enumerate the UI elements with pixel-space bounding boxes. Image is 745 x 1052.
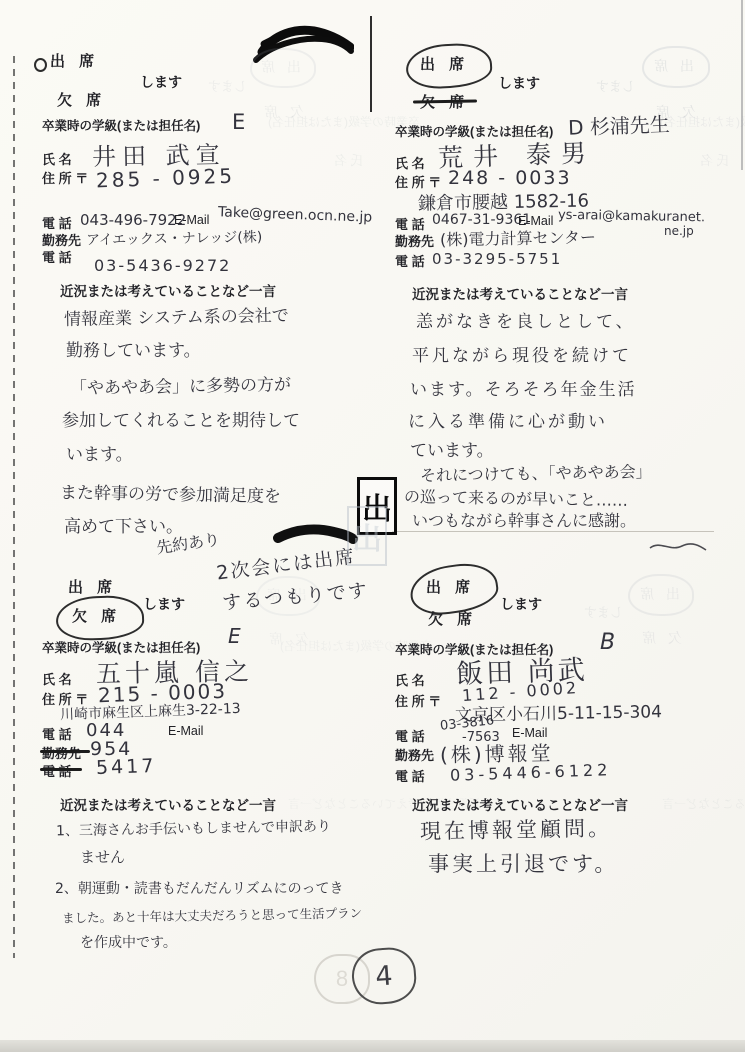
form3-absent-label: 欠 席: [72, 605, 121, 626]
ghost-comment-label: 近況または考えていることなど一言: [662, 795, 745, 812]
fold-line: [370, 16, 372, 112]
form4-phone-label: 電 話: [395, 726, 425, 745]
form2-workphone-label: 電 話: [395, 251, 425, 270]
form2-employer-value: (株)電力計算センター: [440, 225, 596, 251]
form4-comment-label: 近況または考えていることなど一言: [412, 794, 628, 814]
form4-address-label: 住 所 〒: [395, 691, 441, 710]
form4-shimasu-label: します: [500, 594, 542, 614]
form1-comment-line: 情報産業 システム系の会社で: [64, 301, 289, 330]
form1-comment-line: います。: [66, 440, 133, 465]
form4-attend-label: 出 席: [426, 576, 475, 597]
ghost-shimasu-text: します: [208, 76, 247, 95]
form2-comment-line: 恙がなきを良しとして、: [416, 307, 636, 332]
form1-comment-line: 「やあやあ会」に多勢の方が: [70, 370, 291, 399]
right-edge-line: [741, 0, 743, 170]
form3-comment-line: を作成中です。: [80, 932, 177, 952]
form2-comment-line: いつもながら幹事さんに感謝。: [412, 508, 636, 531]
form4-name-label: 氏 名: [395, 670, 425, 689]
form3-workphone-strikethrough: [40, 768, 82, 771]
form4-comment-line: 現在博報堂顧問。: [420, 812, 612, 845]
ghost-attend-text: 出 席: [636, 584, 680, 604]
form2-comment-label: 近況または考えていることなど一言: [412, 283, 628, 303]
form1-email-value: Take@green.ocn.ne.jp: [218, 204, 373, 225]
form1-address-label: 住 所 〒: [42, 168, 88, 187]
form1-name-label: 氏 名: [42, 149, 72, 168]
form2-employer-label: 勤務先: [395, 231, 434, 250]
form4-workphone-label: 電 話: [395, 766, 425, 785]
comment-underline: [392, 531, 714, 532]
form2-email-value-2: ne.jp: [664, 224, 694, 238]
form3-comment-label: 近況または考えていることなど一言: [60, 794, 276, 814]
form3-comment-line: 1、三海さんお手伝いもしませんで申訳あり: [56, 816, 331, 841]
form3-comment-line: 2、朝運動・読書もだんだんリズムにのってき: [55, 878, 344, 898]
pen-squiggle: [648, 538, 708, 554]
scanned-reply-forms-page: 出 席 します 欠 席 出 席 します 欠 席 出 席 欠 席 出 席 します …: [0, 0, 745, 1052]
form3-email-label: E-Mail: [168, 724, 203, 738]
form2-comment-line: に入る準備に心が動い: [408, 407, 608, 432]
ghost-attend-text: 出 席: [650, 56, 694, 76]
scanner-shadow: [0, 1040, 745, 1052]
form3-name-label: 氏 名: [42, 669, 72, 688]
form1-absent-label: 欠 席: [57, 89, 106, 110]
form1-employer-value: アイエックス・ナレッジ(株): [86, 226, 263, 249]
ghost-name-label: 氏 名: [334, 150, 364, 169]
form1-comment-line: 参加してくれることを期待して: [62, 406, 300, 431]
form3-phone-label: 電 話: [42, 724, 72, 743]
form3-attend-label: 出 席: [68, 576, 117, 597]
form2-comment-line: ています。: [410, 436, 494, 461]
form3-comment-line: ました。あと十年は大丈夫だろうと思って生活プラン: [62, 903, 362, 926]
ghost-attendance-stamp-box: 出: [347, 506, 387, 566]
form3-employer-strikethrough: [40, 750, 90, 753]
form2-shimasu-label: します: [498, 73, 540, 93]
form4-absent-label: 欠 席: [428, 608, 477, 629]
form1-class-label: 卒業時の学級(または担任名): [42, 116, 200, 134]
form3-comment-line: ません: [80, 846, 125, 867]
form4-comment-line: 事実上引退です。: [428, 848, 618, 878]
form2-comment-line: 平凡ながら現役を続けて: [412, 341, 632, 366]
form2-workphone-value: 03-3295-5751: [432, 250, 562, 268]
form2-name-label: 氏 名: [395, 153, 425, 172]
form1-comment-line: また幹事の労で参加満足度を: [60, 478, 281, 507]
form1-attend-label: 出 席: [50, 50, 99, 71]
form2-address-label: 住 所 〒: [395, 172, 441, 191]
form2-comment-line: の巡って来るのが早いこと……: [404, 484, 628, 511]
ghost-shimasu-text: します: [596, 76, 635, 95]
form4-employer-label: 勤務先: [395, 745, 434, 764]
form2-comment-line: それにつけても、「やあやあ会」: [420, 459, 652, 486]
ghost-attend-text: 出 席: [257, 57, 301, 77]
form3-phone-value-3: 5417: [96, 755, 157, 779]
ghost-class-label: 卒業時の学級(または担任名): [660, 113, 745, 130]
form1-postal-value: 285 - 0925: [96, 164, 236, 193]
form1-workphone-label: 電 話: [42, 247, 72, 266]
form2-attend-label: 出 席: [420, 53, 469, 74]
form2-email-value: ys-arai@kamakuranet.: [558, 208, 705, 226]
form3-class-value: E: [228, 624, 241, 648]
form1-class-value: E: [232, 110, 245, 134]
form1-comment-label: 近況または考えていることなど一言: [60, 280, 276, 300]
ghost-shimasu-text: します: [584, 602, 623, 621]
form1-email-label: E-Mail: [174, 213, 209, 227]
form1-workphone-value: 03-5436-9272: [94, 256, 231, 275]
ghost-absent-text: 欠 席: [638, 628, 682, 648]
form4-class-value: B: [600, 630, 615, 655]
form1-shimasu-label: します: [140, 72, 182, 92]
ghost-name-label: 氏 名: [700, 150, 730, 169]
form2-comment-line: います。そろそろ年金生活: [410, 375, 637, 400]
scan-edge-line: [13, 56, 15, 958]
form1-comment-line: 勤務しています。: [66, 336, 201, 361]
form2-postal-value: 248 - 0033: [448, 167, 572, 189]
form1-phone-value: 043-496-7922: [80, 211, 186, 229]
form1-attend-mark-circle: [34, 58, 47, 72]
form3-shimasu-label: します: [143, 594, 185, 614]
